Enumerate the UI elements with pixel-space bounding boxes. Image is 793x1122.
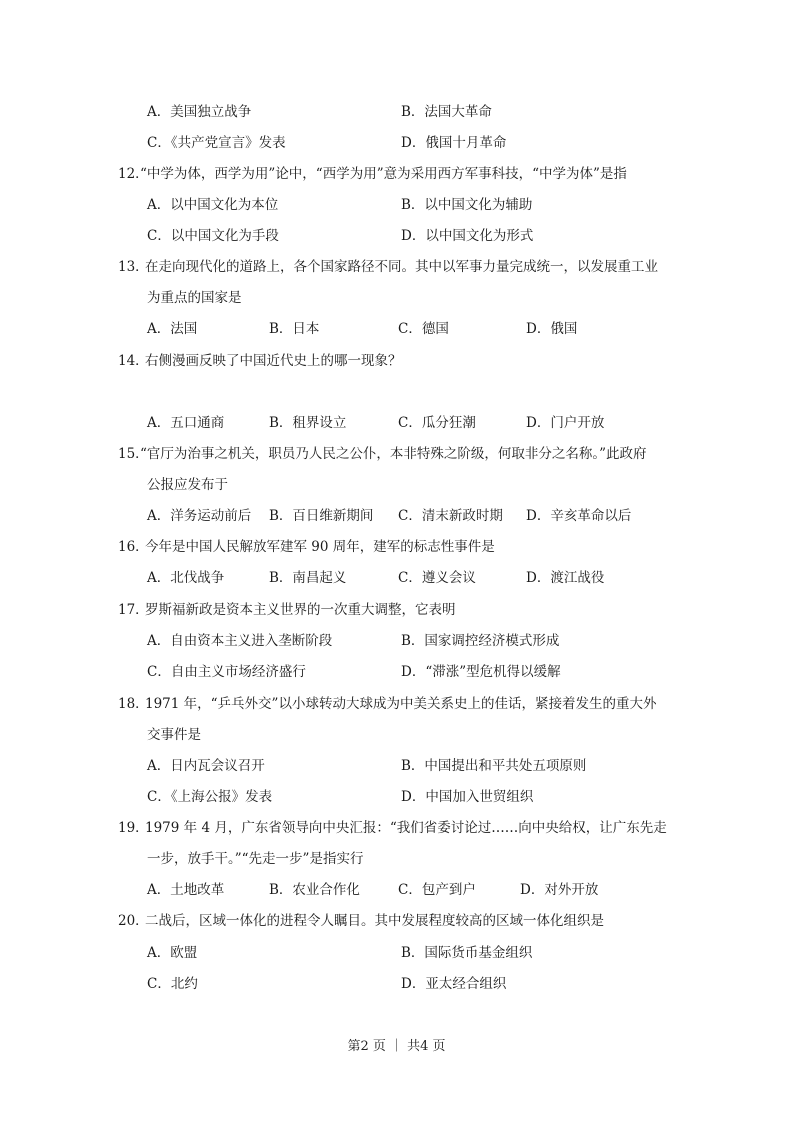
q17-option-b: B．国家调控经济模式形成 — [401, 631, 559, 651]
q14-option-a: A．五口通商 — [147, 413, 224, 433]
question-text: “官厅为治事之机关，职员乃人民之公仆，本非特殊之阶级，何取非分之名称。”此政府 — [140, 444, 647, 464]
q16-option-b: B．南昌起义 — [269, 568, 346, 588]
q18-option-b: B．中国提出和平共处五项原则 — [401, 756, 586, 776]
q11-options-row2: C．《共产党宣言》发表 D．俄国十月革命 — [0, 133, 793, 153]
q19-options: A．土地改革 B．农业合作化 C．包产到户 D．对外开放 — [0, 880, 793, 900]
q16-option-c: C．遵义会议 — [398, 568, 476, 588]
q11-option-d: D．俄国十月革命 — [401, 133, 506, 153]
q15-option-b: B．百日维新期间 — [269, 506, 373, 526]
q13-option-c: C．德国 — [398, 319, 449, 339]
q18-option-d: D．中国加入世贸组织 — [401, 787, 533, 807]
question-text: 罗斯福新政是资本主义世界的一次重大调整，它表明 — [145, 600, 456, 620]
question-text: “中学为体，西学为用”论中，“西学为用”意为采用西方军事科技，“中学为体”是指 — [140, 164, 627, 184]
question-20: 20． 二战后，区域一体化的进程令人瞩目。其中发展程度较高的区域一体化组织是 — [0, 911, 793, 931]
q11-option-b: B．法国大革命 — [401, 102, 492, 122]
q19-option-d: D．对外开放 — [520, 880, 598, 900]
q19-option-a: A．土地改革 — [147, 880, 224, 900]
q16-option-d: D．渡江战役 — [526, 568, 604, 588]
q18-option-a: A．日内瓦会议召开 — [147, 756, 265, 776]
q11-option-c: C．《共产党宣言》发表 — [147, 133, 286, 153]
q17-option-a: A．自由资本主义进入垄断阶段 — [147, 631, 332, 651]
q12-option-b: B．以中国文化为辅助 — [401, 195, 532, 215]
question-19-cont: 一步，放手干。”“先走一步”是指实行 — [0, 849, 793, 869]
q18-options-row1: A．日内瓦会议召开 B．中国提出和平共处五项原则 — [0, 756, 793, 776]
q15-option-a: A．洋务运动前后 — [147, 506, 251, 526]
question-13: 13． 在走向现代化的道路上，各个国家路径不同。其中以军事力量完成统一，以发展重… — [0, 257, 793, 277]
question-18: 18． 1971 年，“乒乓外交”以小球转动大球成为中美关系史上的佳话，紧接着发… — [0, 694, 793, 714]
q12-option-a: A．以中国文化为本位 — [147, 195, 278, 215]
q16-options: A．北伐战争 B．南昌起义 C．遵义会议 D．渡江战役 — [0, 568, 793, 588]
q20-options-row2: C．北约 D．亚太经合组织 — [0, 974, 793, 994]
question-18-cont: 交事件是 — [0, 725, 793, 745]
q11-option-a: A．美国独立战争 — [147, 102, 251, 122]
q13-option-d: D．俄国 — [526, 319, 577, 339]
q17-option-c: C．自由主义市场经济盛行 — [147, 662, 306, 682]
question-15-cont: 公报应发布于 — [0, 475, 793, 495]
q13-options: A．法国 B．日本 C．德国 D．俄国 — [0, 319, 793, 339]
question-15: 15． “官厅为治事之机关，职员乃人民之公仆，本非特殊之阶级，何取非分之名称。”… — [0, 444, 793, 464]
question-text: 1971 年，“乒乓外交”以小球转动大球成为中美关系史上的佳话，紧接着发生的重大… — [145, 694, 656, 714]
q17-options-row1: A．自由资本主义进入垄断阶段 B．国家调控经济模式形成 — [0, 631, 793, 651]
q14-option-c: C．瓜分狂潮 — [398, 413, 476, 433]
q20-option-a: A．欧盟 — [147, 943, 197, 963]
question-12: 12． “中学为体，西学为用”论中，“西学为用”意为采用西方军事科技，“中学为体… — [0, 164, 793, 184]
question-16: 16． 今年是中国人民解放军建军 90 周年，建军的标志性事件是 — [0, 537, 793, 557]
q14-option-d: D．门户开放 — [526, 413, 604, 433]
question-text: 右侧漫画反映了中国近代史上的哪一现象？ — [145, 351, 402, 371]
q15-option-d: D．辛亥革命以后 — [526, 506, 631, 526]
q18-options-row2: C．《上海公报》发表 D．中国加入世贸组织 — [0, 787, 793, 807]
q20-option-d: D．亚太经合组织 — [401, 974, 506, 994]
question-text: 1979 年 4 月，广东省领导向中央汇报：“我们省委讨论过……向中央给权，让广… — [145, 818, 667, 838]
question-text-continued: 交事件是 — [147, 725, 201, 745]
question-text: 二战后，区域一体化的进程令人瞩目。其中发展程度较高的区域一体化组织是 — [145, 911, 604, 931]
page-footer: 第2 页 ｜ 共4 页 — [0, 1038, 793, 1056]
q12-options-row2: C．以中国文化为手段 D．以中国文化为形式 — [0, 226, 793, 246]
exam-page: A．美国独立战争 B．法国大革命 C．《共产党宣言》发表 D．俄国十月革命 12… — [0, 0, 793, 1122]
question-text: 在走向现代化的道路上，各个国家路径不同。其中以军事力量完成统一，以发展重工业 — [145, 257, 658, 277]
q13-option-a: A．法国 — [147, 319, 197, 339]
q17-option-d: D．“滞涨”型危机得以缓解 — [401, 662, 561, 682]
q19-option-b: B．农业合作化 — [269, 880, 360, 900]
question-text: 今年是中国人民解放军建军 90 周年，建军的标志性事件是 — [145, 537, 495, 557]
question-17: 17． 罗斯福新政是资本主义世界的一次重大调整，它表明 — [0, 600, 793, 620]
q15-options: A．洋务运动前后 B．百日维新期间 C．清末新政时期 D．辛亥革命以后 — [0, 506, 793, 526]
q20-option-c: C．北约 — [147, 974, 198, 994]
q17-options-row2: C．自由主义市场经济盛行 D．“滞涨”型危机得以缓解 — [0, 662, 793, 682]
question-text-continued: 公报应发布于 — [147, 475, 228, 495]
q12-option-c: C．以中国文化为手段 — [147, 226, 279, 246]
question-19: 19． 1979 年 4 月，广东省领导向中央汇报：“我们省委讨论过……向中央给… — [0, 818, 793, 838]
q14-option-b: B．租界设立 — [269, 413, 346, 433]
q18-option-c: C．《上海公报》发表 — [147, 787, 272, 807]
question-text-continued: 一步，放手干。”“先走一步”是指实行 — [147, 849, 363, 869]
q19-option-c: C．包产到户 — [398, 880, 476, 900]
q11-options-row1: A．美国独立战争 B．法国大革命 — [0, 102, 793, 122]
question-14: 14． 右侧漫画反映了中国近代史上的哪一现象？ — [0, 351, 793, 371]
q20-options-row1: A．欧盟 B．国际货币基金组织 — [0, 943, 793, 963]
q14-options: A．五口通商 B．租界设立 C．瓜分狂潮 D．门户开放 — [0, 413, 793, 433]
question-13-cont: 为重点的国家是 — [0, 288, 793, 308]
q12-options-row1: A．以中国文化为本位 B．以中国文化为辅助 — [0, 195, 793, 215]
q16-option-a: A．北伐战争 — [147, 568, 224, 588]
q15-option-c: C．清末新政时期 — [398, 506, 503, 526]
q12-option-d: D．以中国文化为形式 — [401, 226, 533, 246]
q13-option-b: B．日本 — [269, 319, 319, 339]
q20-option-b: B．国际货币基金组织 — [401, 943, 532, 963]
question-text-continued: 为重点的国家是 — [147, 288, 242, 308]
